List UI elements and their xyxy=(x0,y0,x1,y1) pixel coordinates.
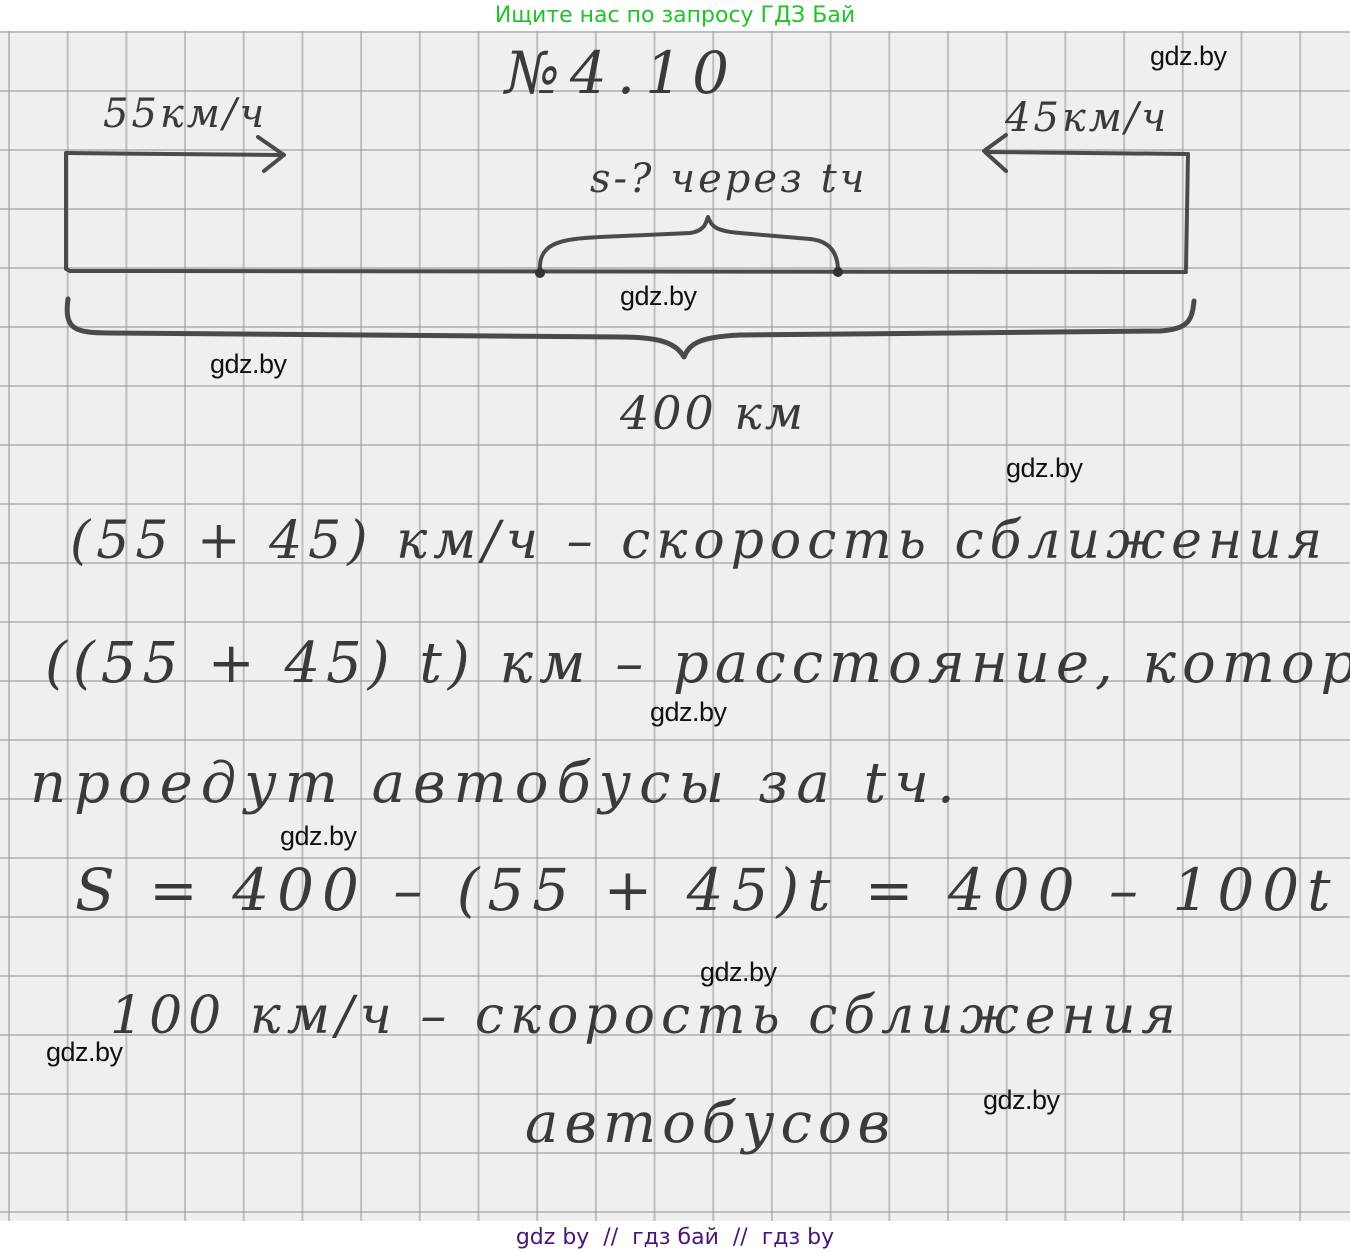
watermark: gdz.by xyxy=(650,697,727,728)
solution-line: автобусов xyxy=(525,1091,896,1156)
solution-line: (55 + 45) км/ч – скорость сближения xyxy=(70,511,1328,571)
watermark: gdz.by xyxy=(210,349,287,380)
right-speed-label: 45км/ч xyxy=(1005,95,1169,141)
watermark: gdz.by xyxy=(983,1085,1060,1116)
watermark: gdz.by xyxy=(700,957,777,988)
watermark: gdz.by xyxy=(280,821,357,852)
total-distance-label: 400 км xyxy=(620,386,806,440)
problem-number: №4.10 xyxy=(505,39,739,107)
solution-line: 100 км/ч – скорость сближения xyxy=(110,986,1182,1046)
question-label: s-? через tч xyxy=(590,156,868,202)
solution-formula: S = 400 – (55 + 45)t = 400 – 100t xyxy=(75,856,1338,924)
notebook-page-scan: №4.10 55км/ч 45км/ч s-? через tч 400 км … xyxy=(0,31,1350,1221)
watermark: gdz.by xyxy=(46,1037,123,1068)
left-speed-label: 55км/ч xyxy=(103,91,267,137)
segment-brace xyxy=(540,217,838,271)
footer-links[interactable]: gdz by // гдз бай // гдз by xyxy=(0,1222,1350,1252)
right-bus-arrow xyxy=(1186,154,1188,269)
segment-end-dot xyxy=(833,267,843,277)
solution-line: проедут автобусы за tч. xyxy=(30,751,963,816)
watermark: gdz.by xyxy=(1006,453,1083,484)
segment-start-dot xyxy=(535,268,545,278)
solution-line: ((55 + 45) t) км – расстояние, которое xyxy=(45,631,1350,696)
watermark: gdz.by xyxy=(1150,41,1227,72)
road-line xyxy=(70,271,1186,272)
watermark: gdz.by xyxy=(620,281,697,312)
search-banner-link[interactable]: Ищите нас по запросу ГДЗ Бай xyxy=(0,0,1350,30)
left-bus-arrow xyxy=(66,153,70,271)
